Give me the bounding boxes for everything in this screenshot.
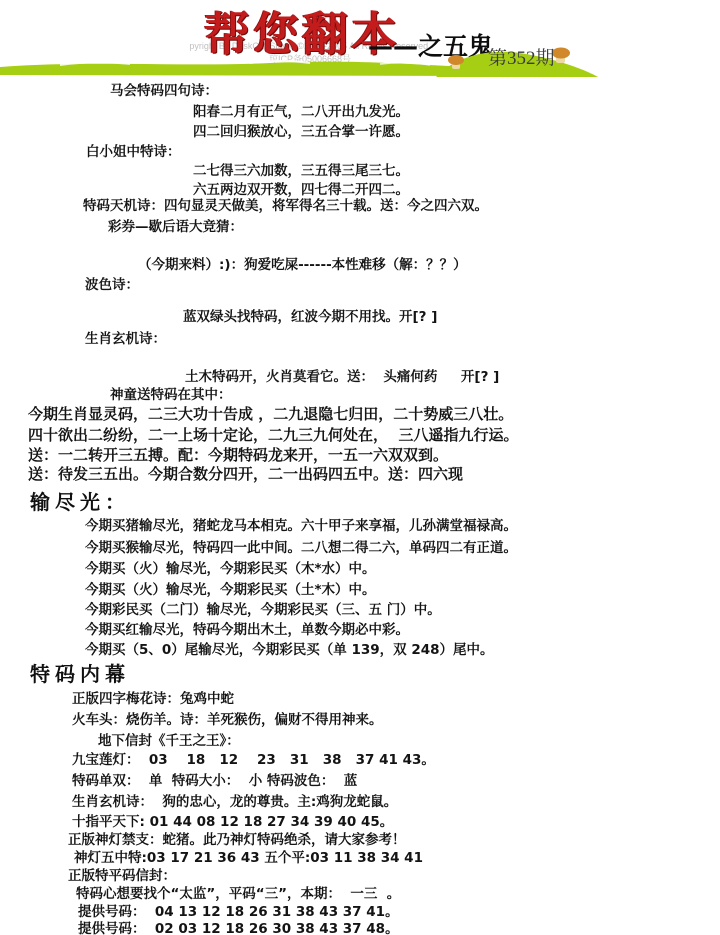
- section-title-xiehouyu: 彩券—歇后语大竞猜：: [108, 219, 243, 235]
- neimu-line: 地下信封《千王之王》：: [98, 733, 240, 749]
- tianji-line: 特码天机诗：四句显灵天做美，将军得名三十载。送：今之四六双。: [83, 198, 488, 214]
- neimu-line: 神灯五中特:03 17 21 36 43 五个平:03 11 38 34 41: [74, 850, 423, 866]
- shengxiao-line: 土木特码开，火肖莫看它。送： 头痛何药 开[? ]: [185, 369, 499, 385]
- neimu-line: 正版神灯禁支：蛇猪。此乃神灯特码绝杀，请大家参考！: [68, 832, 406, 848]
- shentong-line: 送：一二转开三五搏。配：今期特码龙来开，一五一六双双到。: [28, 447, 448, 463]
- section-title-bose: 波色诗：: [85, 277, 139, 293]
- section-title-shentong: 神童送特码在其中：: [110, 387, 232, 403]
- shentong-line: 送：待发三五出。今期合数分四开，二一出码四五中。送：四六现: [28, 466, 463, 482]
- shentong-line: 四十欲出二纷纷，二一上场十定论，二九三九何处在， 三八遥指九行运。: [28, 427, 518, 443]
- xiehouyu-line: （今期来料）:)：狗爱吃屎------本性难移（解：？？）: [138, 257, 467, 273]
- poem-line: 二七得三六加数，三五得三尾三七。: [193, 163, 409, 179]
- poem-line: 阳春二月有正气，二八开出九发光。: [193, 104, 409, 120]
- neimu-line: 九宝莲灯： 03 18 12 23 31 38 37 41 43。: [72, 752, 435, 768]
- issue-number: 第352期: [488, 43, 555, 70]
- shujinguang-line: 今期买（火）输尽光，今期彩民买（土*木）中。: [85, 582, 376, 598]
- neimu-line: 十指平天下: 01 44 08 12 18 27 34 39 40 45。: [72, 814, 393, 830]
- shujinguang-line: 今期彩民买（二门）输尽光，今期彩民买（三、五 门）中。: [85, 602, 441, 618]
- tip-sheet-page: pyright By DeskCar Studio ©2000-2005 All…: [0, 0, 720, 935]
- shujinguang-line: 今期买猪输尽光，猪蛇龙马本相克。六十甲子来享福，儿孙满堂福禄高。: [85, 518, 517, 534]
- shujinguang-line: 今期买（5、0）尾输尽光，今期彩民买（单 139，双 248）尾中。: [85, 642, 494, 658]
- neimu-line: 火车头：烧伤羊。诗：羊死猴伤，偏财不得用神来。: [72, 712, 383, 728]
- shentong-line: 今期生肖显灵码，二三大功十告成 ，二九退隐七归田，二十势威三八壮。: [28, 406, 513, 422]
- section-title-mahui: 马会特码四句诗：: [110, 83, 218, 99]
- neimu-line: 特码单双： 单 特码大小： 小 特码波色： 蓝: [72, 773, 357, 789]
- neimu-line: 正版四字梅花诗：兔鸡中蛇: [72, 691, 234, 707]
- neimu-line: 正版特平码信封：: [68, 868, 176, 884]
- shujinguang-line: 今期买（火）输尽光，今期彩民买（木*水）中。: [85, 561, 376, 577]
- shujinguang-line: 今期买红输尽光，特码今期出木土，单数今期必中彩。: [85, 622, 409, 638]
- section-title-baixiaojie: 白小姐中特诗：: [86, 144, 181, 160]
- neimu-line: 特码心想要找个“太监”，平码“三”，本期： 一三 。: [76, 886, 400, 902]
- neimu-line: 提供号码： 04 13 12 18 26 31 38 43 37 41。: [78, 904, 399, 920]
- poem-line: 四二回归猴放心，三五合掌一许愿。: [193, 124, 409, 140]
- neimu-line: 提供号码： 02 03 12 18 26 30 38 43 37 48。: [78, 921, 399, 935]
- heading-neimu: 特码内幕: [30, 658, 130, 687]
- bose-line: 蓝双绿头找特码，红波今期不用找。开[? ]: [183, 309, 437, 325]
- neimu-line: 生肖玄机诗： 狗的忠心，龙的尊贵。主:鸡狗龙蛇鼠。: [72, 794, 397, 810]
- heading-shujinguang: 输尽光：: [30, 486, 130, 515]
- poem-line: 六五两边双开数，四七得二开四二。: [193, 182, 409, 198]
- shujinguang-line: 今期买猴输尽光，特码四一此中间。二八想二得二六，单码四二有正道。: [85, 540, 517, 556]
- section-title-shengxiao: 生肖玄机诗：: [85, 331, 166, 347]
